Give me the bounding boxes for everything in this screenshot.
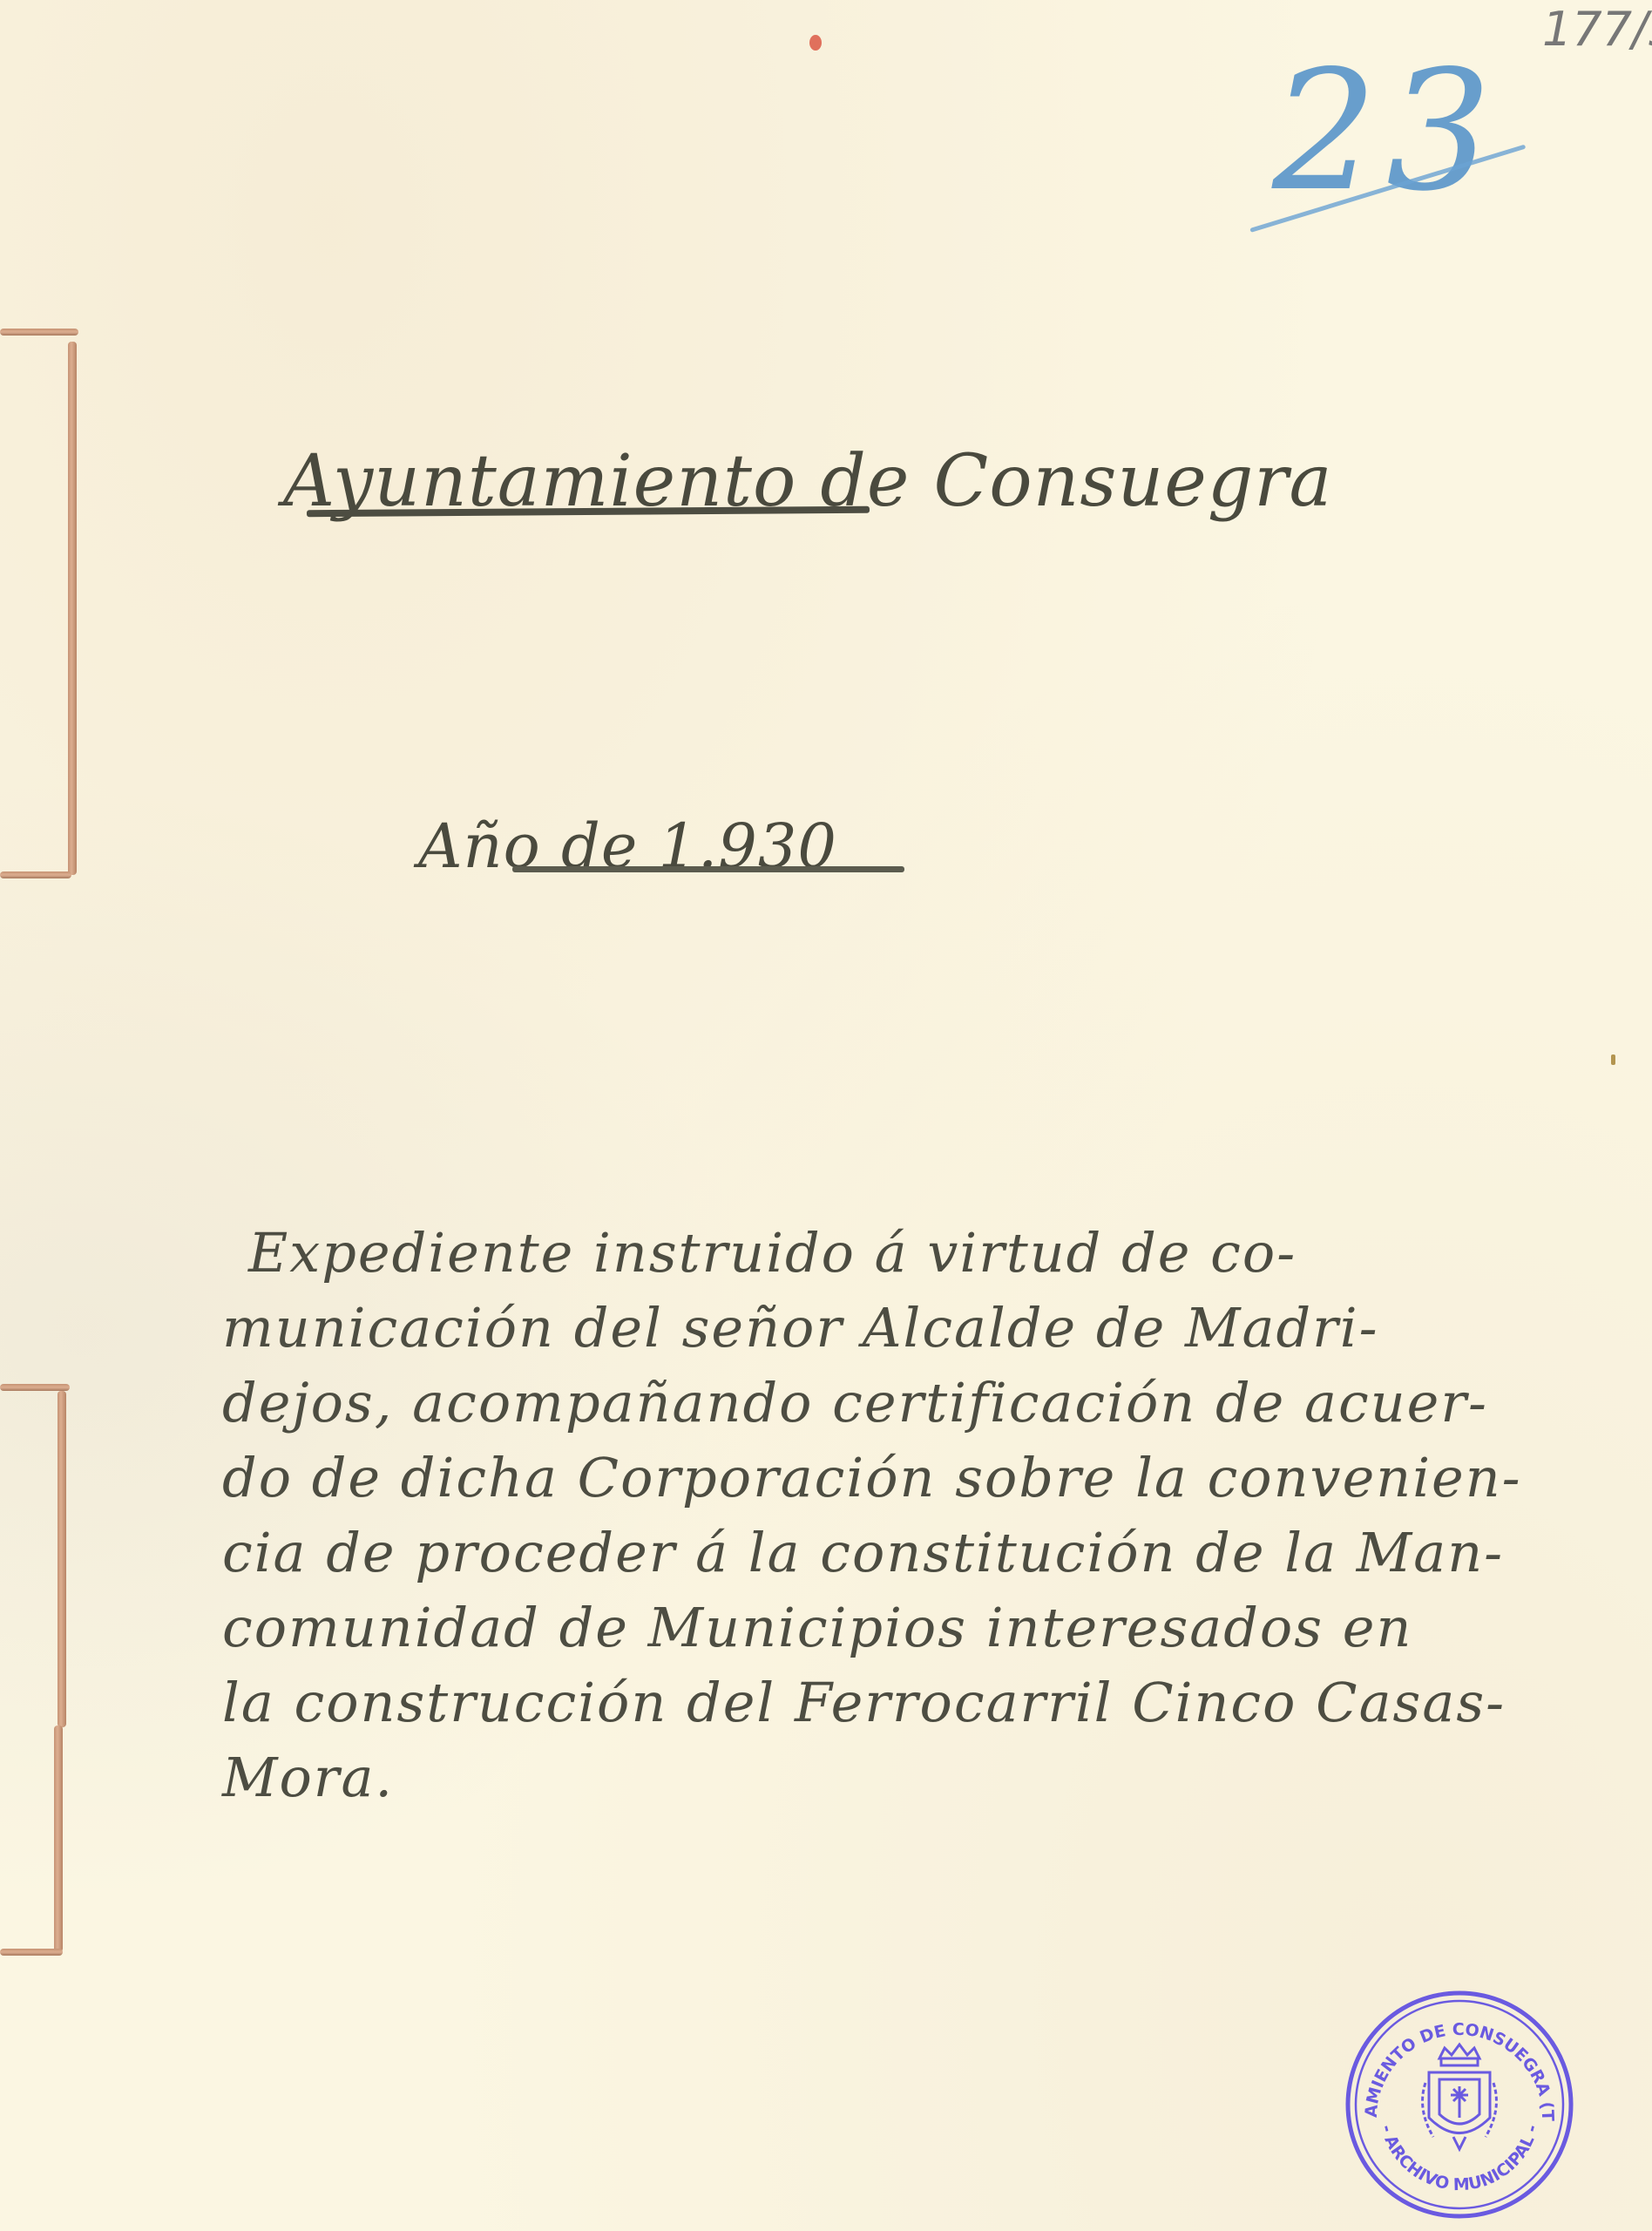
document-page: 177/5 23 Ayuntamiento de Consuegra Año d…: [0, 0, 1652, 2231]
body-line: comunidad de Municipios interesados en: [222, 1590, 1634, 1665]
paper-speck: [1611, 1054, 1615, 1065]
archive-reference: 177/5: [1542, 2, 1652, 57]
crowned-shield-icon: [1423, 2045, 1497, 2149]
archive-stamp: AYUNTAMIENTO DE CONSUEGRA (Toledo) - ARC…: [1342, 1987, 1577, 2222]
body-line: do de dicha Corporación sobre la conveni…: [222, 1441, 1634, 1516]
year-underline: [512, 866, 904, 872]
body-line: dejos, acompañando certificación de acue…: [222, 1366, 1634, 1441]
body-line: municación del señor Alcalde de Madri-: [222, 1291, 1634, 1366]
body-line: cia de proceder á la constitución de la …: [222, 1516, 1634, 1590]
body-line: Mora.: [222, 1740, 1634, 1815]
red-ink-spot: [809, 35, 822, 51]
document-body: Expediente instruido á virtud de co- mun…: [222, 1216, 1634, 1815]
body-line: la construcción del Ferrocarril Cinco Ca…: [222, 1665, 1634, 1740]
folio-number: 23: [1272, 35, 1500, 227]
body-line: Expediente instruido á virtud de co-: [222, 1216, 1634, 1291]
